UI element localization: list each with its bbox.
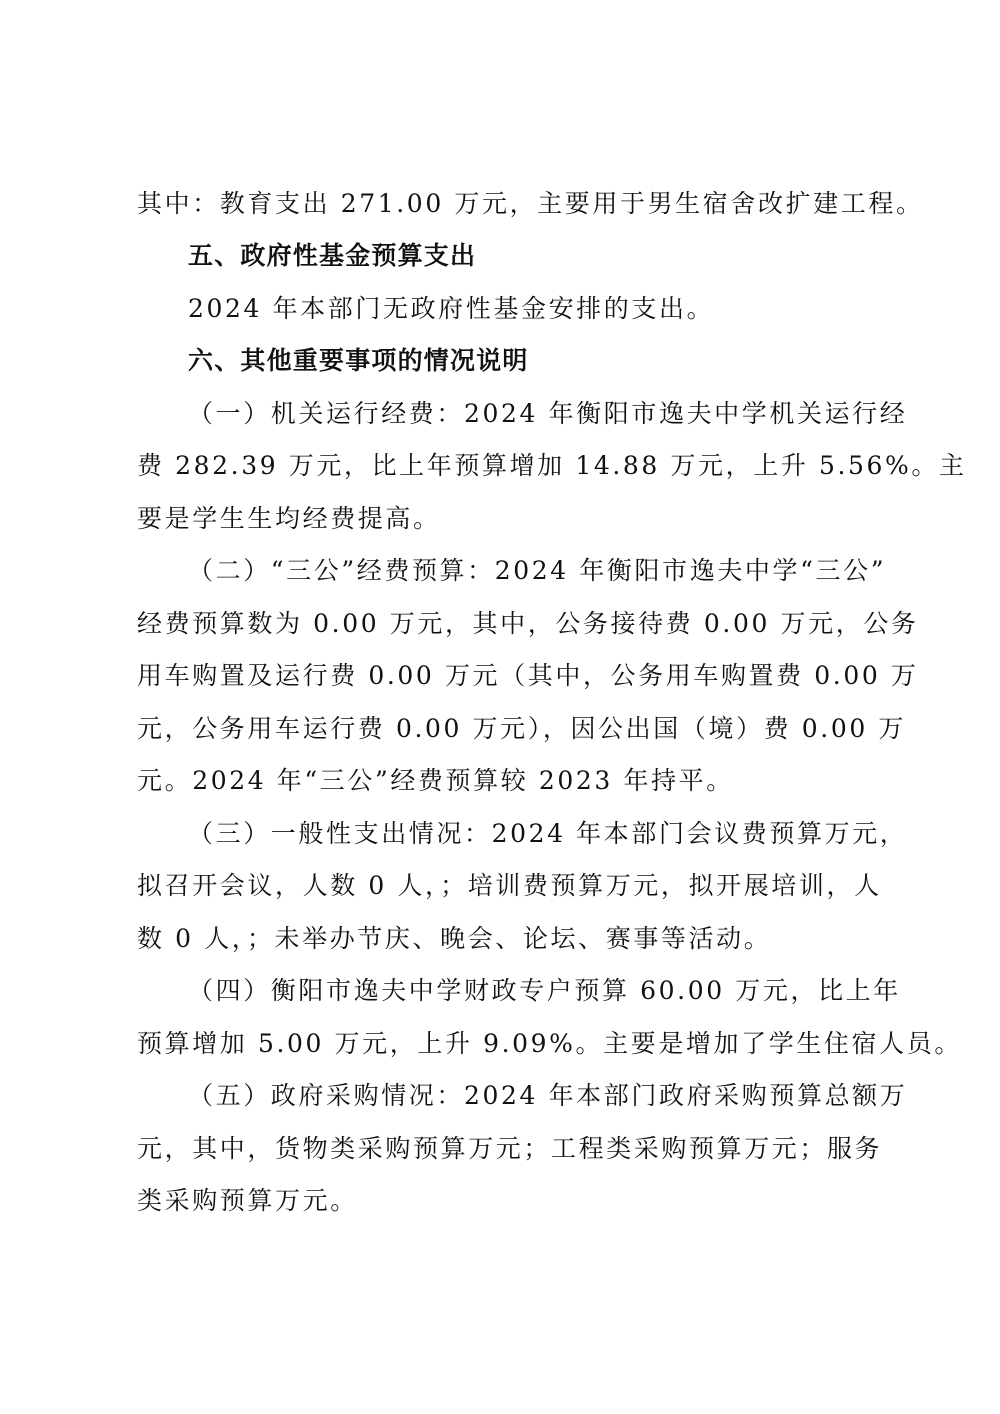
paragraph-three-public-line5: 元。2024 年“三公”经费预算较 2023 年持平。 [137,765,867,797]
paragraph-three-public-line1: （二）“三公”经费预算：2024 年衡阳市逸夫中学“三公” [188,555,868,587]
paragraph-special-account-line2: 预算增加 5.00 万元，上升 9.09%。主要是增加了学生住宿人员。 [137,1028,867,1060]
paragraph-operating-expense-line3: 要是学生生均经费提高。 [137,503,867,535]
paragraph-general-expense-line2: 拟召开会议，人数 0 人，；培训费预算万元，拟开展培训，人 [137,870,867,902]
paragraph-operating-expense-line2: 费 282.39 万元，比上年预算增加 14.88 万元，上升 5.56%。主 [137,450,867,482]
paragraph-procurement-line1: （五）政府采购情况：2024 年本部门政府采购预算总额万 [188,1080,868,1112]
paragraph-education-expense: 其中：教育支出 271.00 万元，主要用于男生宿舍改扩建工程。 [137,188,867,220]
heading-other-matters: 六、其他重要事项的情况说明 [188,345,918,377]
paragraph-three-public-line4: 元，公务用车运行费 0.00 万元），因公出国（境）费 0.00 万 [137,713,867,745]
paragraph-special-account-line1: （四）衡阳市逸夫中学财政专户预算 60.00 万元，比上年 [188,975,868,1007]
paragraph-procurement-line3: 类采购预算万元。 [137,1185,867,1217]
paragraph-three-public-line2: 经费预算数为 0.00 万元，其中，公务接待费 0.00 万元，公务 [137,608,867,640]
paragraph-general-expense-line3: 数 0 人，；未举办节庆、晚会、论坛、赛事等活动。 [137,923,867,955]
document-page: 其中：教育支出 271.00 万元，主要用于男生宿舍改扩建工程。 五、政府性基金… [0,0,1000,1414]
paragraph-operating-expense-line1: （一）机关运行经费：2024 年衡阳市逸夫中学机关运行经 [188,398,868,430]
paragraph-procurement-line2: 元，其中，货物类采购预算万元；工程类采购预算万元；服务 [137,1133,867,1165]
heading-government-fund-budget: 五、政府性基金预算支出 [188,240,918,272]
paragraph-general-expense-line1: （三）一般性支出情况：2024 年本部门会议费预算万元， [188,818,868,850]
paragraph-three-public-line3: 用车购置及运行费 0.00 万元（其中，公务用车购置费 0.00 万 [137,660,867,692]
paragraph-no-government-fund: 2024 年本部门无政府性基金安排的支出。 [188,293,868,325]
